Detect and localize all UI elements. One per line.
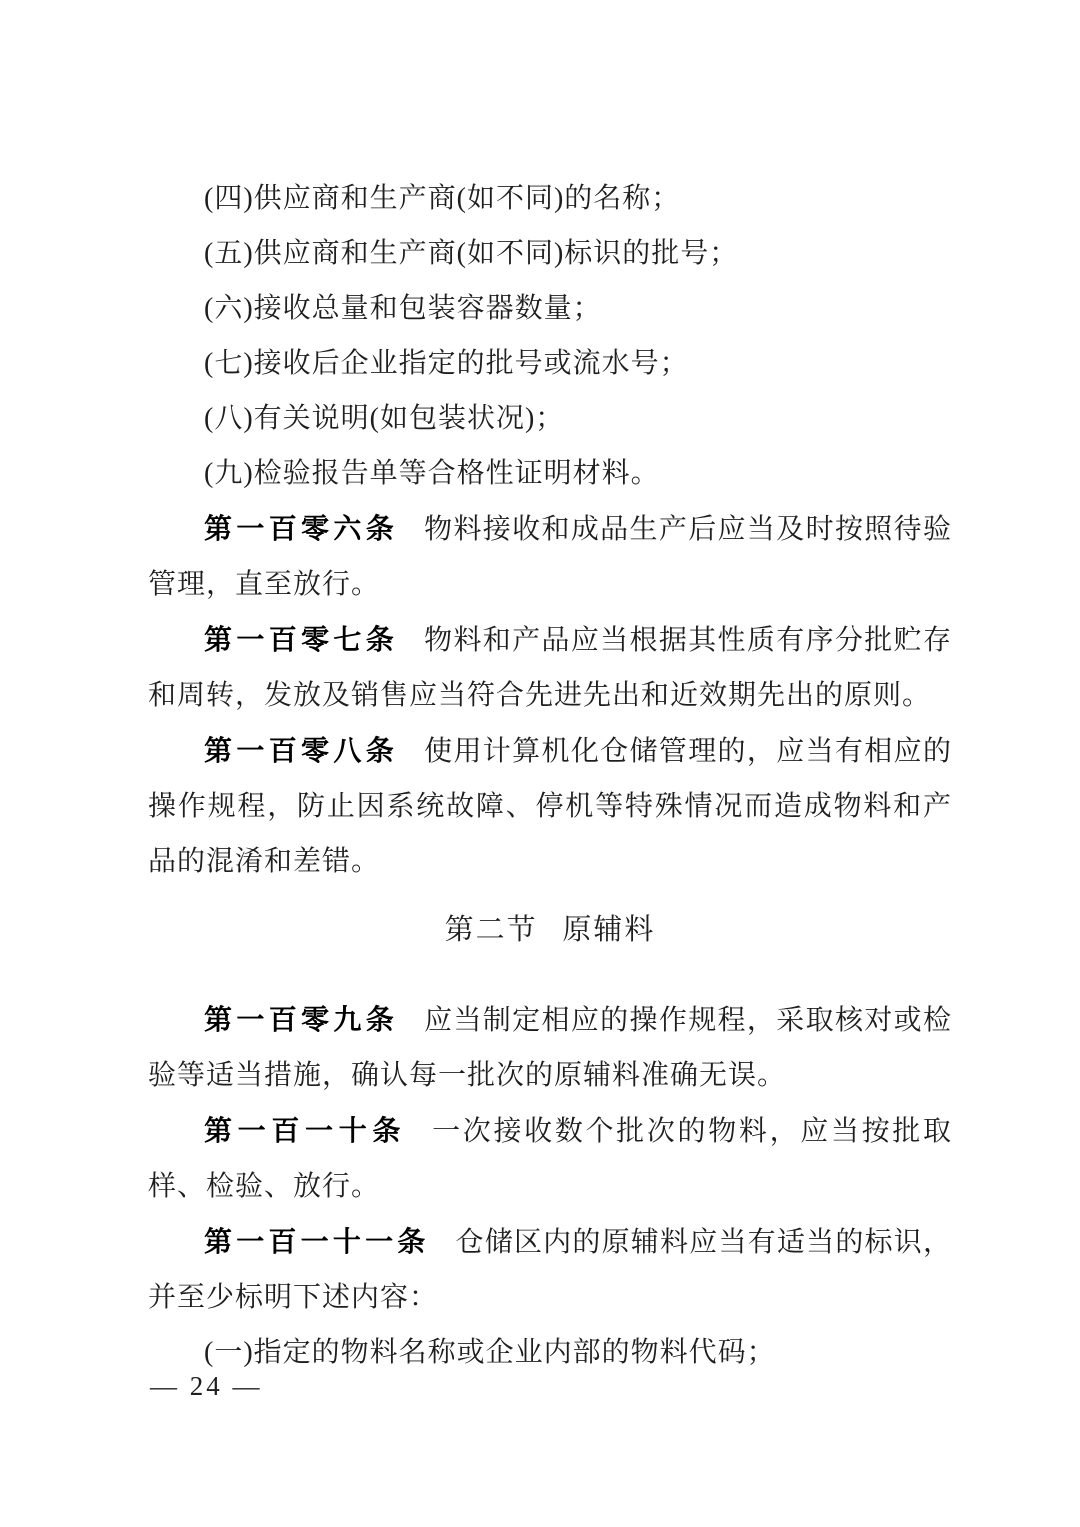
article-110-number: 第一百一十条 bbox=[204, 1115, 406, 1146]
clause-item-8: (八)有关说明(如包装状况)； bbox=[148, 391, 952, 446]
article-108: 第一百零八条使用计算机化仓储管理的，应当有相应的操作规程，防止因系统故障、停机等… bbox=[148, 723, 952, 889]
article-106-number: 第一百零六条 bbox=[204, 513, 398, 544]
clause-item-9: (九)检验报告单等合格性证明材料。 bbox=[148, 446, 952, 501]
article-109: 第一百零九条应当制定相应的操作规程，采取核对或检验等适当措施，确认每一批次的原辅… bbox=[148, 992, 952, 1103]
document-page: (四)供应商和生产商(如不同)的名称； (五)供应商和生产商(如不同)标识的批号… bbox=[0, 0, 1080, 1527]
article-111-number: 第一百一十一条 bbox=[204, 1226, 430, 1257]
section-heading: 第二节原辅料 bbox=[148, 903, 952, 958]
article-107: 第一百零七条物料和产品应当根据其性质有序分批贮存和周转，发放及销售应当符合先进先… bbox=[148, 612, 952, 723]
section-number: 第二节 bbox=[445, 914, 538, 946]
document-content: (四)供应商和生产商(如不同)的名称； (五)供应商和生产商(如不同)标识的批号… bbox=[148, 171, 952, 1380]
article-106: 第一百零六条物料接收和成品生产后应当及时按照待验管理，直至放行。 bbox=[148, 501, 952, 612]
article-111: 第一百一十一条仓储区内的原辅料应当有适当的标识，并至少标明下述内容： bbox=[148, 1214, 952, 1325]
article-109-number: 第一百零九条 bbox=[204, 1004, 398, 1035]
article-108-number: 第一百零八条 bbox=[204, 735, 398, 766]
clause-item-5: (五)供应商和生产商(如不同)标识的批号； bbox=[148, 226, 952, 281]
article-107-number: 第一百零七条 bbox=[204, 624, 398, 655]
clause-item-1: (一)指定的物料名称或企业内部的物料代码； bbox=[148, 1325, 952, 1380]
clause-item-4: (四)供应商和生产商(如不同)的名称； bbox=[148, 171, 952, 226]
section-title: 原辅料 bbox=[562, 914, 655, 946]
clause-item-6: (六)接收总量和包装容器数量； bbox=[148, 281, 952, 336]
clause-item-7: (七)接收后企业指定的批号或流水号； bbox=[148, 336, 952, 391]
page-number: — 24 — bbox=[150, 1371, 263, 1401]
page-footer: — 24 — bbox=[150, 1366, 263, 1406]
article-110: 第一百一十条一次接收数个批次的物料，应当按批取样、检验、放行。 bbox=[148, 1103, 952, 1214]
